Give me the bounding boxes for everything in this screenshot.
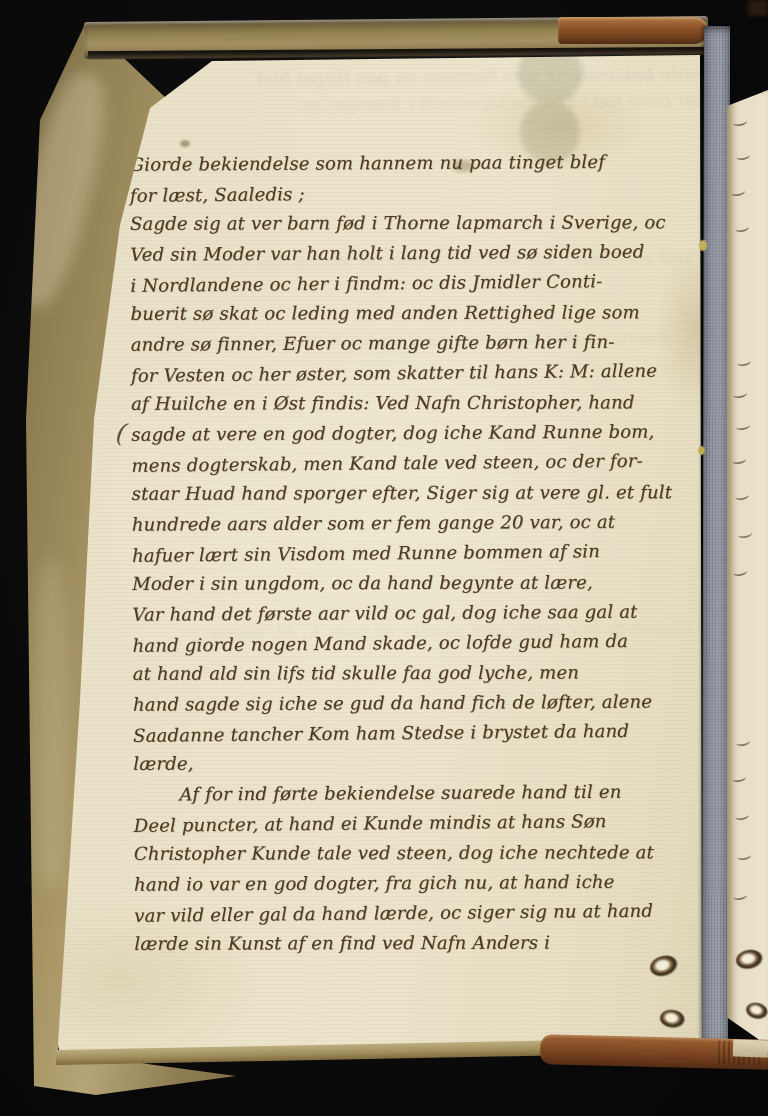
- writing-fragment: [736, 357, 751, 367]
- writing-fragment: [731, 773, 746, 783]
- handwritten-line: Christopher Kunde tale ved steen, dog ic…: [134, 838, 706, 870]
- handwritten-line: i Nordlandene oc her i findm: oc dis Jmi…: [130, 266, 702, 302]
- handwritten-line: hand sagde sig iche se gud da hand fich …: [133, 687, 705, 720]
- page-stack-sliver: [733, 1039, 768, 1057]
- handwritten-line: staar Huad hand sporger efter, Siger sig…: [132, 478, 704, 510]
- writing-fragment: [732, 567, 747, 577]
- writing-fragment: [731, 455, 746, 465]
- writing-fragment: [735, 151, 750, 161]
- handwritten-line: hundrede aars alder som er fem gange 20 …: [132, 507, 704, 540]
- paper-nick: [698, 446, 705, 455]
- handwritten-line: Saadanne tancher Kom ham Stedse i bryste…: [133, 716, 705, 752]
- writing-fragment: [734, 811, 749, 821]
- writing-fragment: [737, 529, 752, 539]
- handwritten-text-block: ( Giorde bekiendelse som hannem nu paa t…: [130, 147, 707, 960]
- handwritten-line: Deel puncter, at hand ei Kunde mindis at…: [134, 806, 706, 842]
- writing-fragment: [735, 737, 750, 747]
- handwritten-line: hand io var en god dogter, fra gich nu, …: [134, 867, 706, 900]
- handwritten-line: Sagde sig at ver barn fød i Thorne lapma…: [130, 208, 702, 240]
- binding-tape: [702, 26, 730, 1048]
- handwritten-line: hand giorde nogen Mand skade, oc lofde g…: [132, 626, 704, 662]
- handwritten-line: hafuer lært sin Visdom med Runne bommen …: [132, 536, 704, 572]
- ink-stain: [180, 140, 190, 147]
- writing-fragment: [730, 187, 745, 197]
- writing-fragment: [732, 389, 747, 399]
- writing-fragment: [734, 491, 749, 501]
- paper-nick: [699, 240, 707, 251]
- handwritten-line: Var hand det første aar vild oc gal, dog…: [132, 597, 704, 630]
- vellum-sheen: [2, 66, 118, 313]
- handwritten-line: at hand ald sin lifs tid skulle faa god …: [133, 658, 705, 690]
- handwritten-line: lærde,: [133, 748, 705, 780]
- handwritten-line: for læst, Saaledis ;: [130, 176, 702, 212]
- show-through-text: Giorde bekiendelse som hannem nu paa tin…: [256, 64, 722, 90]
- manuscript-photo: Giorde bekiendelse som hannem nu paa tin…: [0, 0, 768, 1116]
- handwritten-line: mens dogterskab, men Kand tale ved steen…: [131, 446, 703, 482]
- leather-spine-roll: [558, 17, 708, 44]
- handwritten-line: andre sø finner, Efuer oc mange gifte bø…: [131, 327, 703, 360]
- writing-fragment: [736, 851, 751, 861]
- handwritten-line: buerit sø skat oc leding med anden Retti…: [130, 298, 702, 330]
- handwritten-line: lærde sin Kunst af en find ved Nafn Ande…: [134, 928, 706, 960]
- writing-fragment: [734, 223, 749, 233]
- show-through-text: Sagde sig at ver barn fød i Thorne lapma…: [300, 89, 768, 115]
- handwritten-line: Af for ind førte bekiendelse suarede han…: [133, 777, 705, 810]
- handwritten-line: Giorde bekiendelse som hannem nu paa tin…: [130, 147, 702, 180]
- facing-page-edge: [727, 90, 768, 1046]
- writing-fragment: [735, 421, 750, 431]
- handwritten-line: Ved sin Moder var han holt i lang tid ve…: [130, 237, 702, 270]
- handwritten-line: sagde at vere en god dogter, dog iche Ka…: [131, 417, 703, 450]
- writing-fragment: [732, 117, 747, 127]
- handwritten-line: Moder i sin ungdom, oc da hand begynte a…: [132, 568, 704, 600]
- vellum-sheen: [34, 560, 68, 890]
- cover-corner-shadow: [748, 0, 768, 16]
- handwritten-line: var vild eller gal da hand lærde, oc sig…: [134, 896, 706, 932]
- handwritten-line: for Vesten oc her øster, som skatter til…: [131, 356, 703, 392]
- margin-mark: (: [114, 418, 129, 449]
- handwritten-line: af Huilche en i Øst findis: Ved Nafn Chr…: [131, 388, 703, 420]
- writing-fragment: [732, 891, 747, 901]
